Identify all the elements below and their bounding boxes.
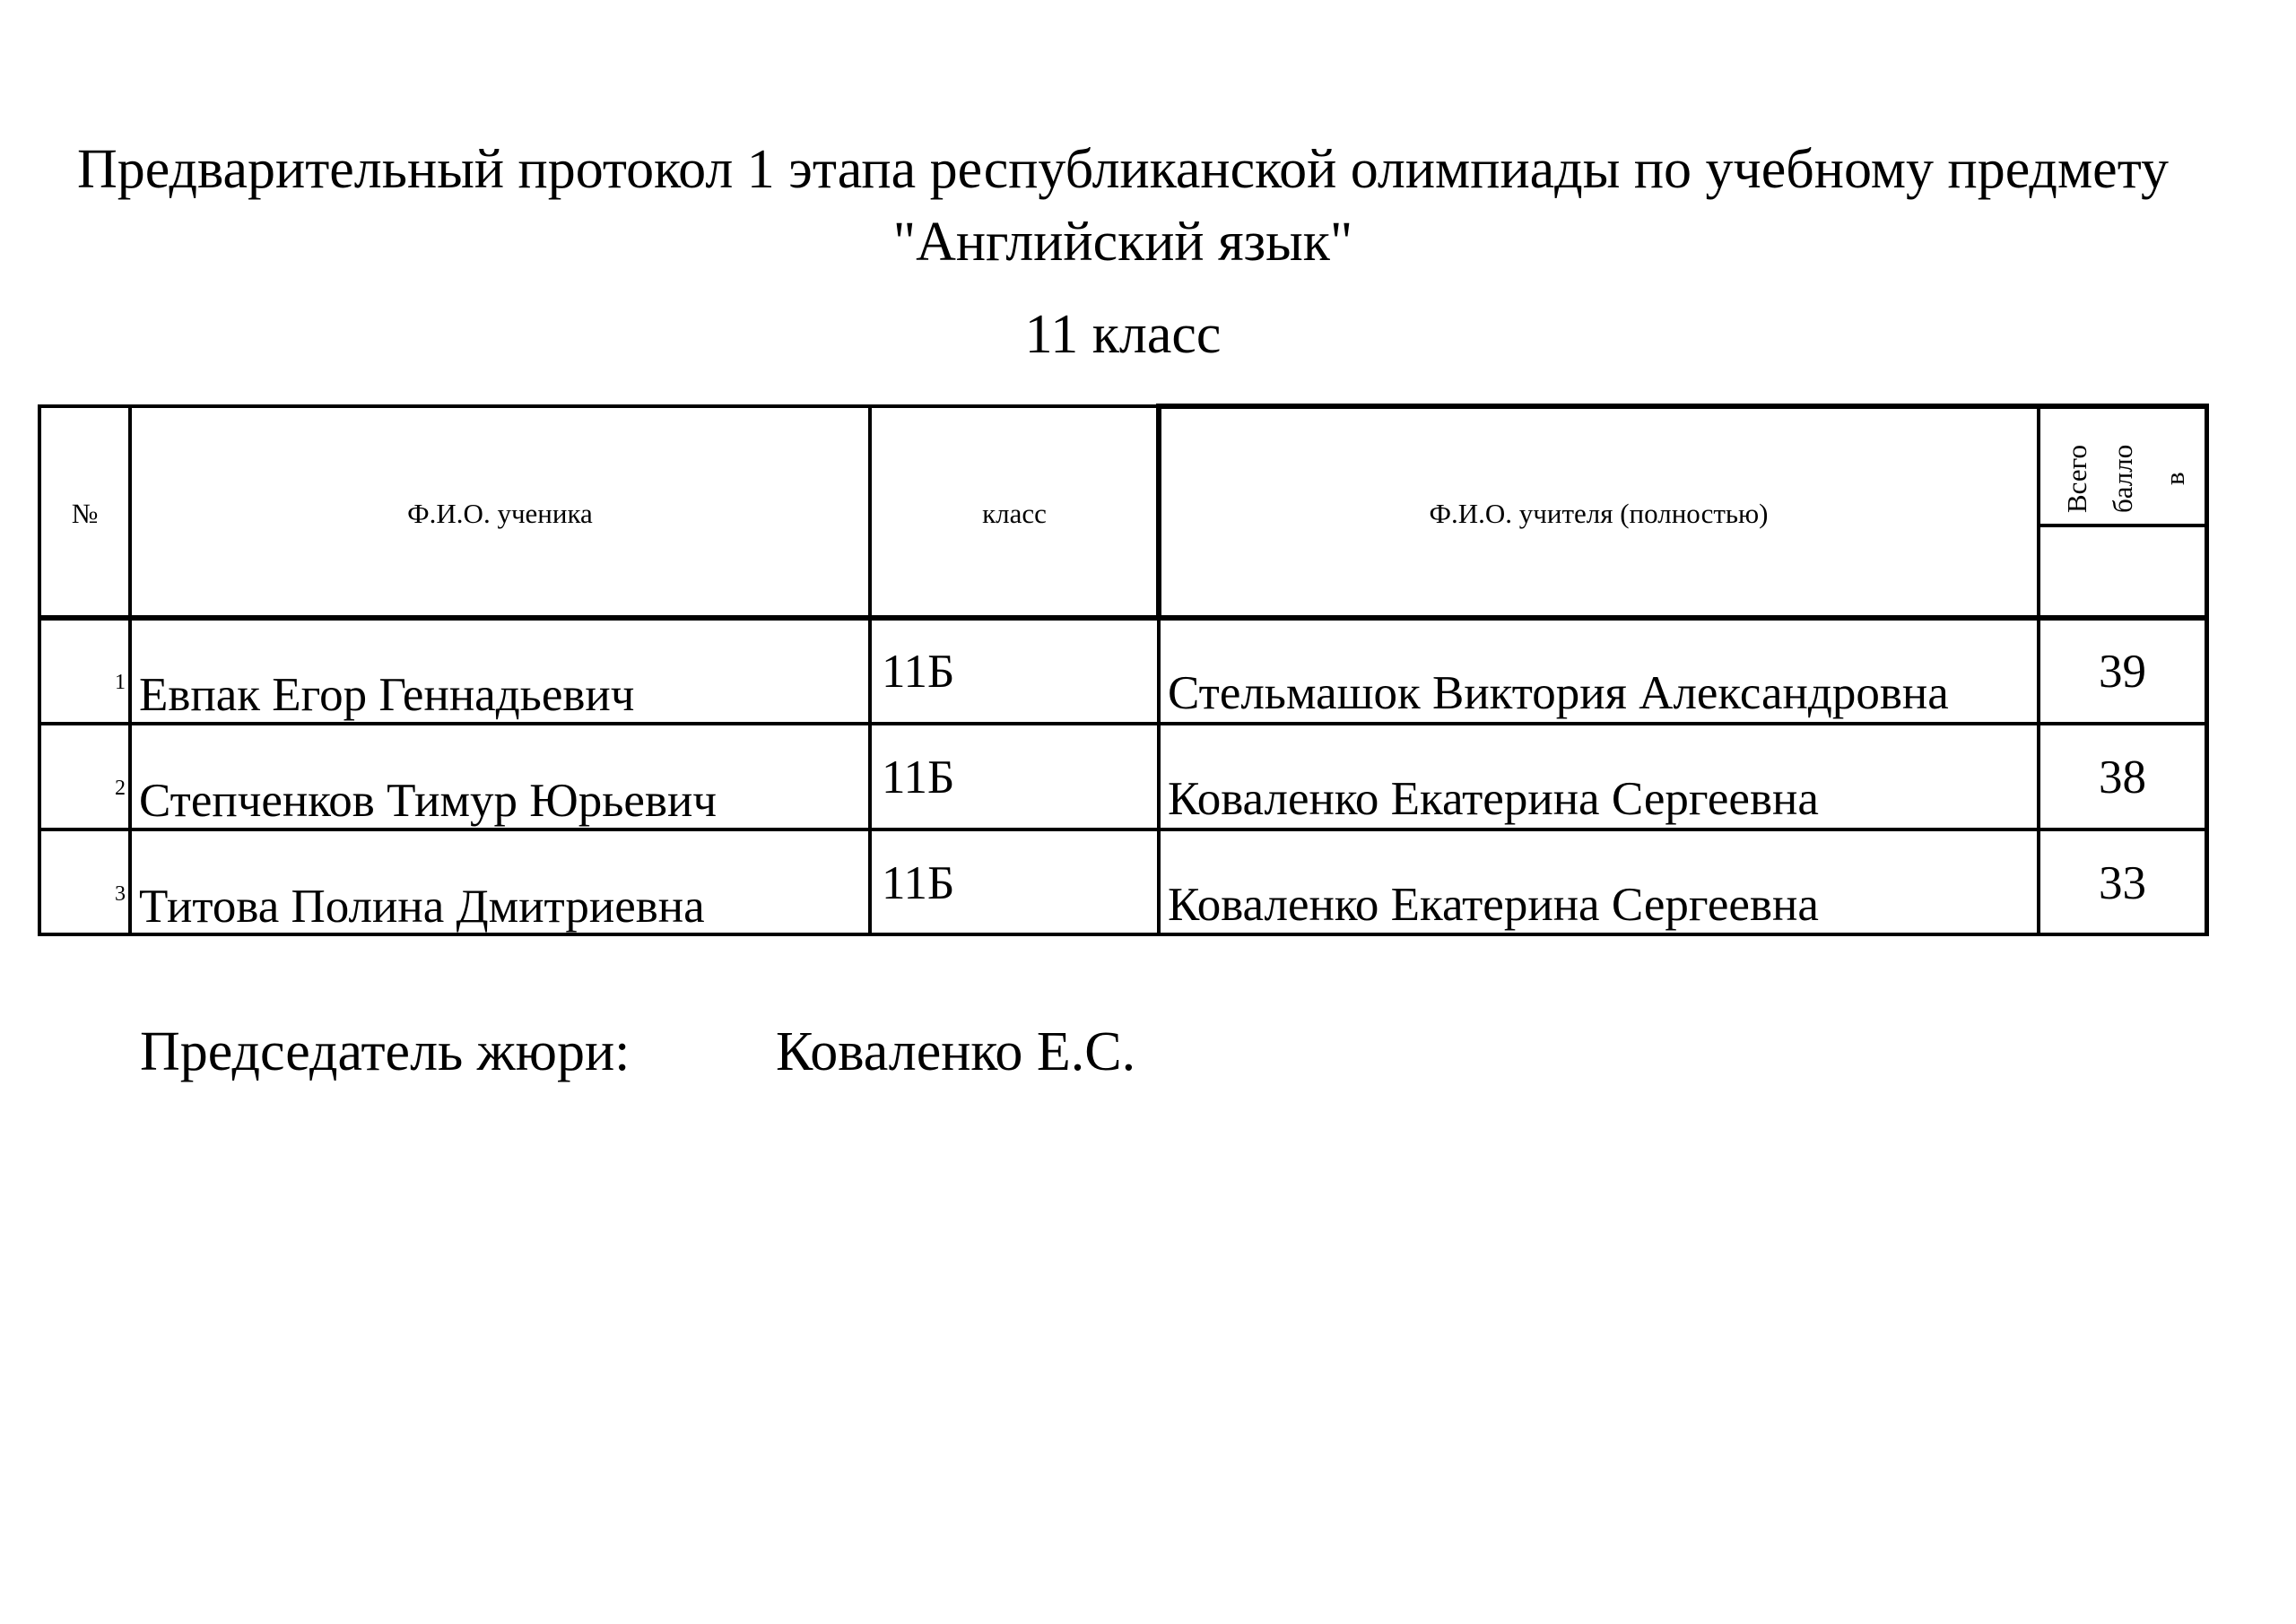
row-number: 2: [39, 777, 126, 799]
student-name: Степченков Тимур Юрьевич: [139, 777, 717, 825]
table-border-top: [39, 404, 1161, 408]
jury-chair-name: Коваленко Е.С.: [776, 1024, 1135, 1080]
header-class: класс: [870, 499, 1159, 527]
header-bottom-border: [39, 615, 2208, 621]
header-number: №: [39, 499, 130, 527]
total-score: 33: [2039, 860, 2206, 908]
teacher-name: Коваленко Екатерина Сергеевна: [1168, 776, 1819, 823]
row-divider: [39, 828, 2208, 831]
row-number: 1: [39, 672, 126, 693]
column-divider: [868, 404, 872, 936]
total-score: 39: [2039, 648, 2206, 696]
score-header-divider: [2039, 524, 2208, 527]
teacher-name: Коваленко Екатерина Сергеевна: [1168, 881, 1819, 929]
table-border-top-bold: [1157, 404, 2208, 409]
row-divider: [39, 722, 2208, 725]
column-divider: [1157, 618, 1161, 936]
document-title: Предварительный протокол 1 этапа республ…: [0, 142, 2246, 197]
student-class: 11Б: [882, 860, 954, 908]
student-class: 11Б: [882, 754, 954, 802]
teacher-name: Стельмашок Виктория Александровна: [1168, 670, 1949, 717]
results-table: № Ф.И.О. ученика класс Ф.И.О. учителя (п…: [39, 406, 2206, 934]
header-total-score-line2: балло: [2109, 445, 2136, 513]
header-student-name: Ф.И.О. ученика: [130, 499, 870, 527]
grade-title: 11 класс: [0, 307, 2246, 362]
jury-chair-label: Председатель жюри:: [140, 1024, 630, 1080]
table-border-bottom: [39, 933, 2208, 936]
student-class: 11Б: [882, 648, 954, 696]
header-teacher-name: Ф.И.О. учителя (полностью): [1159, 499, 2039, 527]
row-number: 3: [39, 883, 126, 905]
subject-title: "Английский язык": [0, 214, 2246, 270]
header-total-score-line3: в: [2161, 472, 2188, 485]
header-total-score-line1: Всего: [2063, 445, 2091, 513]
student-name: Титова Полина Дмитриевна: [139, 883, 705, 931]
table-border-left: [38, 404, 41, 936]
student-name: Евпак Егор Геннадьевич: [139, 672, 634, 719]
total-score: 38: [2039, 754, 2206, 802]
column-divider: [128, 404, 132, 936]
